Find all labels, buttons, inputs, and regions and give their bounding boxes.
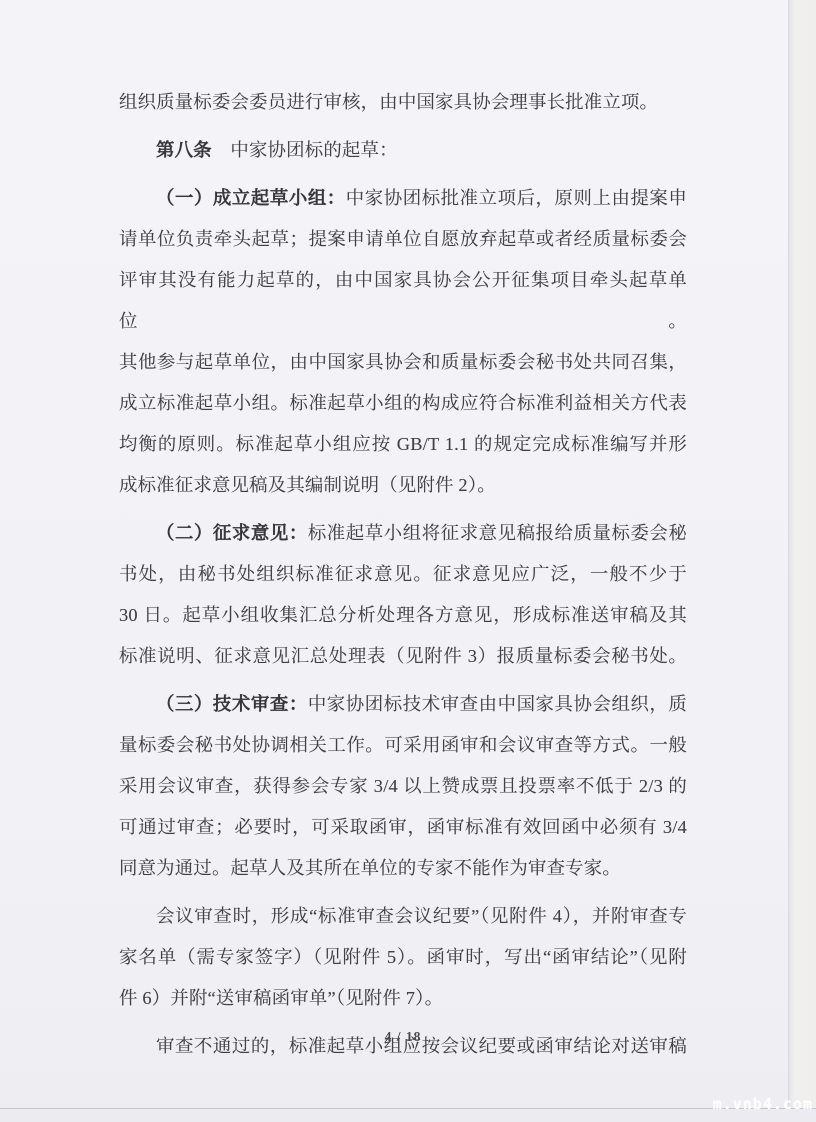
bold-run: 第八条 (156, 140, 212, 160)
text-line: （一）成立起草小组：中家协团标批准立项后，原则上由提案申 (119, 178, 687, 219)
text-line: （三）技术审查：中家协团标技术审查由中国家具协会组织，质 (119, 684, 687, 725)
text-line: 量标委会秘书处协调相关工作。可采用函审和会议审查等方式。一般 (119, 725, 687, 766)
text-line: 请单位负责牵头起草；提案申请单位自愿放弃起草或者经质量标委会 (119, 219, 687, 260)
text-line: 标准说明、征求意见汇总处理表（见附件 3）报质量标委会秘书处。 (119, 636, 687, 677)
text-line: 同意为通过。起草人及其所在单位的专家不能作为审查专家。 (119, 848, 687, 889)
text-line: 家名单（需专家签字）（见附件 5）。函审时，写出“函审结论”（见附 (119, 937, 687, 978)
text-line: 书处，由秘书处组织标准征求意见。征求意见应广泛，一般不少于 (119, 554, 687, 595)
bold-run: （一）成立起草小组： (156, 188, 346, 208)
text-line: 成标准征求意见稿及其编制说明（见附件 2）。 (119, 465, 687, 506)
watermark: m.vnb4.com (713, 1095, 813, 1113)
text-line: 评审其没有能力起草的，由中国家具协会公开征集项目牵头起草单位。 (119, 260, 687, 342)
document-body: 组织质量标委会委员进行审核，由中国家具协会理事长批准立项。第八条 中家协团标的起… (119, 82, 687, 1067)
text-line: 可通过审查；必要时，可采取函审，函审标准有效回函中必须有 3/4 (119, 807, 687, 848)
page-number: 4 / 18 (119, 1026, 687, 1048)
text-line: 件 6）并附“送审稿函审单”（见附件 7）。 (119, 978, 687, 1019)
bold-run: （二）征求意见： (156, 523, 308, 543)
text-line: 会议审查时，形成“标准审查会议纪要”（见附件 4），并附审查专 (119, 896, 687, 937)
page-right-edge (788, 0, 816, 1122)
bold-run: （三）技术审查： (156, 694, 308, 714)
scanned-page: 组织质量标委会委员进行审核，由中国家具协会理事长批准立项。第八条 中家协团标的起… (0, 0, 816, 1122)
page-bottom-edge (0, 1108, 816, 1122)
text-line: 其他参与起草单位，由中国家具协会和质量标委会秘书处共同召集， (119, 342, 687, 383)
text-line: （二）征求意见：标准起草小组将征求意见稿报给质量标委会秘 (119, 513, 687, 554)
text-line: 第八条 中家协团标的起草： (119, 130, 687, 171)
text-line: 成立标准起草小组。标准起草小组的构成应符合标准利益相关方代表 (119, 383, 687, 424)
text-line: 采用会议审查，获得参会专家 3/4 以上赞成票且投票率不低于 2/3 的 (119, 766, 687, 807)
text-line: 30 日。起草小组收集汇总分析处理各方意见，形成标准送审稿及其 (119, 595, 687, 636)
text-line: 均衡的原则。标准起草小组应按 GB/T 1.1 的规定完成标准编写并形 (119, 424, 687, 465)
text-line: 组织质量标委会委员进行审核，由中国家具协会理事长批准立项。 (119, 82, 687, 123)
